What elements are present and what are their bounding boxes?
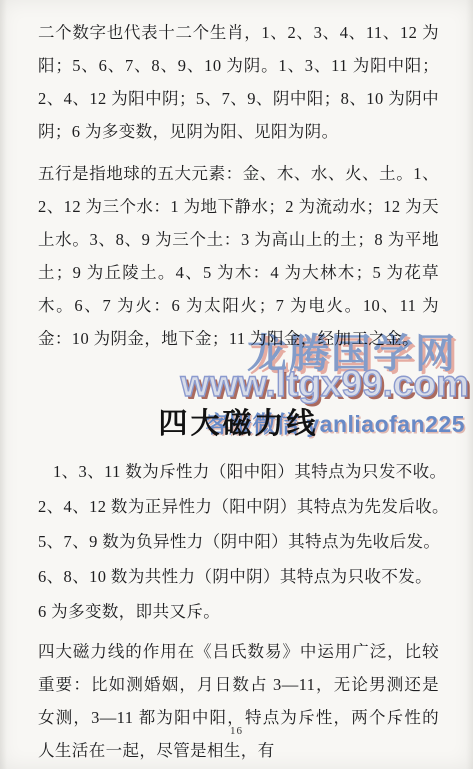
- paragraph-zodiac-numbers: 二个数字也代表十二个生肖，1、2、3、4、11、12 为阳；5、6、7、8、9、…: [38, 16, 439, 148]
- magnetic-line-item-positive-hetero: 2、4、12 数为正异性力（阳中阴）其特点为先发后收。: [38, 489, 439, 524]
- paragraph-application: 四大磁力线的作用在《吕氏数易》中运用广泛，比较重要：比如测婚姻，月日数占 3—1…: [38, 635, 439, 767]
- page-content: 二个数字也代表十二个生肖，1、2、3、4、11、12 为阳；5、6、7、8、9、…: [0, 0, 473, 767]
- magnetic-lines-list: 1、3、11 数为斥性力（阳中阳）其特点为只发不收。 2、4、12 数为正异性力…: [38, 454, 439, 629]
- section-title-four-magnetic-lines: 四大磁力线: [38, 401, 439, 442]
- scanned-book-page: 二个数字也代表十二个生肖，1、2、3、4、11、12 为阳；5、6、7、8、9、…: [0, 0, 473, 769]
- magnetic-line-item-negative-hetero: 5、7、9 数为负异性力（阴中阳）其特点为先收后发。: [38, 524, 439, 559]
- page-number: 16: [0, 725, 473, 737]
- paragraph-five-elements: 五行是指地球的五大元素：金、木、水、火、土。1、2、12 为三个水：1 为地下静…: [38, 157, 439, 355]
- magnetic-line-item-common: 6、8、10 数为共性力（阴中阴）其特点为只收不发。: [38, 559, 439, 594]
- magnetic-line-item-variable-six: 6 为多变数，即共又斥。: [38, 594, 439, 629]
- magnetic-line-item-repulsive: 1、3、11 数为斥性力（阳中阳）其特点为只发不收。: [38, 454, 439, 489]
